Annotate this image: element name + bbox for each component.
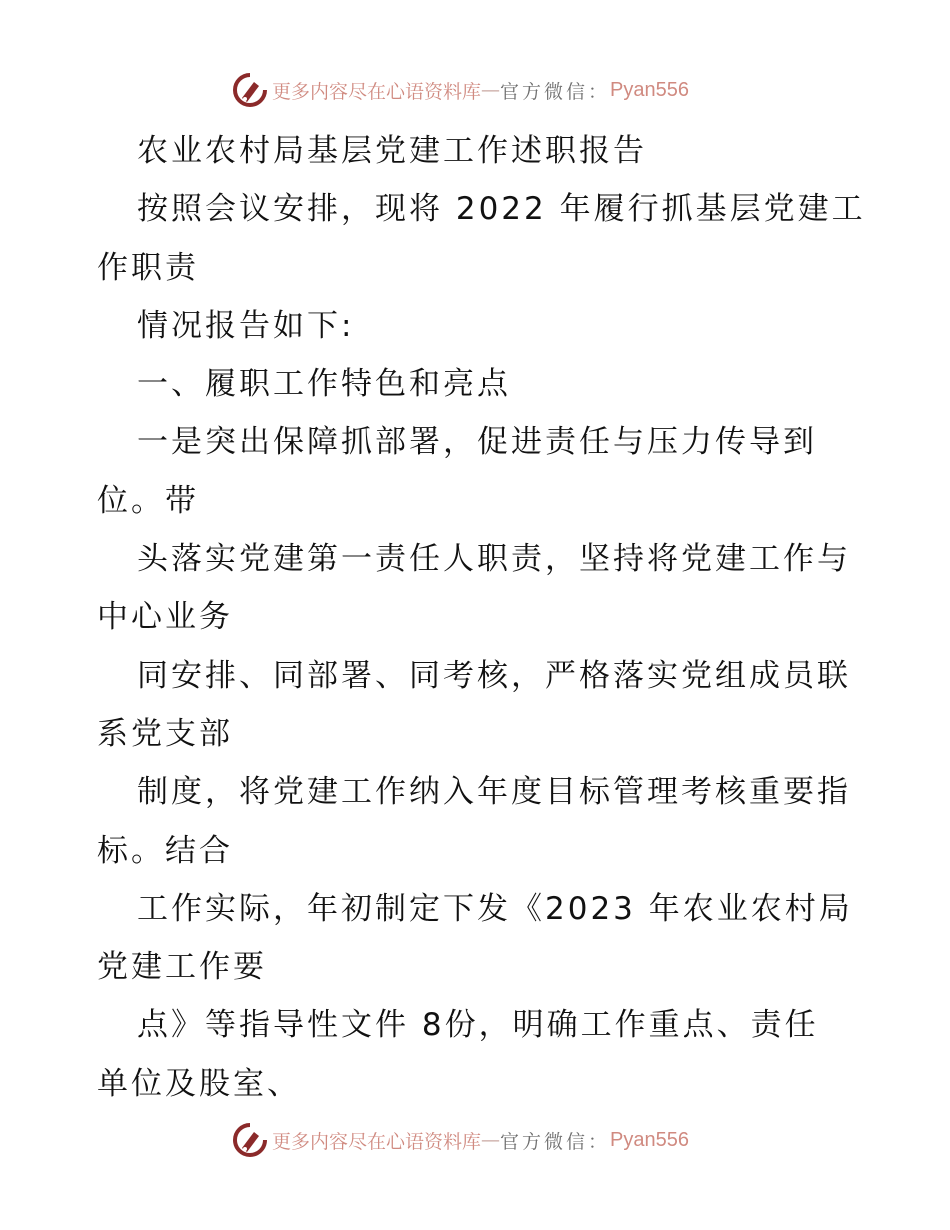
paragraph-line: 标。结合 <box>97 822 857 880</box>
paragraph-line: 单位及股室、 <box>97 1055 857 1113</box>
watermark-site-text: 更多内容尽在心语资料库 <box>272 1127 481 1154</box>
watermark-wechat-id: Pyan556 <box>610 79 689 102</box>
paragraph-line: 位。带 <box>97 472 857 530</box>
paragraph-line: 按照会议安排，现将 2022 年履行抓基层党建工 <box>97 180 857 238</box>
watermark-wechat-id: Pyan556 <box>610 1129 689 1152</box>
paragraph-line: 作职责 <box>97 239 857 297</box>
document-body: 农业农村局基层党建工作述职报告 按照会议安排，现将 2022 年履行抓基层党建工… <box>97 122 857 1113</box>
watermark-site-text: 更多内容尽在心语资料库 <box>272 77 481 104</box>
footer-watermark: 更多内容尽在心语资料库 — 官方微信： Pyan556 <box>232 1120 689 1160</box>
pen-logo-icon <box>232 1122 268 1158</box>
paragraph-line: 情况报告如下: <box>97 297 857 355</box>
watermark-dash: — <box>481 1129 500 1151</box>
paragraph-line: 头落实党建第一责任人职责，坚持将党建工作与 <box>97 530 857 588</box>
watermark-label: 官方微信： <box>500 1127 610 1154</box>
document-title: 农业农村局基层党建工作述职报告 <box>97 122 857 180</box>
paragraph-line: 点》等指导性文件 8份，明确工作重点、责任 <box>97 996 857 1054</box>
header-watermark: 更多内容尽在心语资料库 — 官方微信： Pyan556 <box>232 70 689 110</box>
paragraph-line: 系党支部 <box>97 705 857 763</box>
paragraph-line: 工作实际，年初制定下发《2023 年农业农村局 <box>97 880 857 938</box>
paragraph-line: 一是突出保障抓部署，促进责任与压力传导到 <box>97 413 857 471</box>
paragraph-line: 党建工作要 <box>97 938 857 996</box>
pen-logo-icon <box>232 72 268 108</box>
watermark-dash: — <box>481 79 500 101</box>
paragraph-line: 制度，将党建工作纳入年度目标管理考核重要指 <box>97 763 857 821</box>
paragraph-line: 同安排、同部署、同考核，严格落实党组成员联 <box>97 647 857 705</box>
paragraph-line: 中心业务 <box>97 588 857 646</box>
watermark-label: 官方微信： <box>500 77 610 104</box>
section-heading: 一、履职工作特色和亮点 <box>97 355 857 413</box>
